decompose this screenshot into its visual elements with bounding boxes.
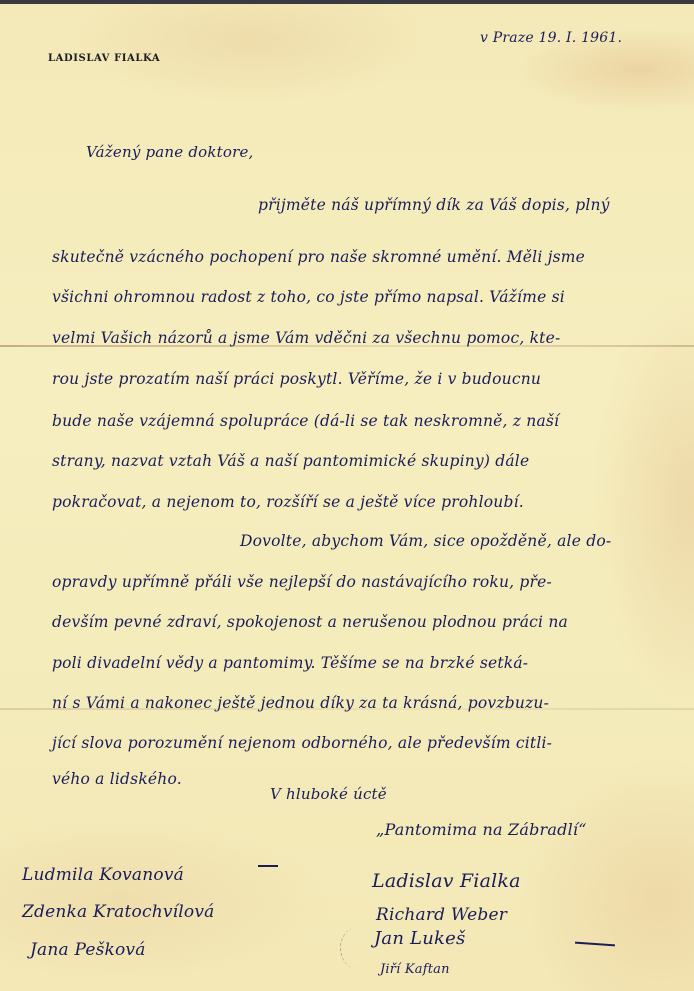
- body-line: ní s Vámi a nakonec ještě jednou díky za…: [52, 694, 549, 712]
- signature-flourish: [575, 942, 615, 947]
- signature: Zdenka Kratochvílová: [22, 902, 215, 922]
- signature: Ladislav Fialka: [372, 870, 521, 892]
- body-line: skutečně vzácného pochopení pro naše skr…: [52, 248, 585, 266]
- body-line: Dovolte, abychom Vám, sice opožděně, ale…: [240, 532, 611, 550]
- body-line: pokračovat, a nejenom to, rozšíří se a j…: [52, 493, 524, 511]
- closing: V hluboké úctě: [270, 785, 387, 803]
- body-line: velmi Vašich názorů a jsme Vám vděčni za…: [52, 329, 560, 347]
- letter-date: v Praze 19. I. 1961.: [480, 30, 622, 46]
- group-name: „Pantomima na Zábradlí“: [376, 820, 587, 839]
- signature: Jan Lukeš: [374, 928, 465, 949]
- pencil-mark: [340, 928, 371, 968]
- salutation: Vážený pane doktore,: [86, 143, 254, 161]
- letterhead-name: LADISLAV FIALKA: [48, 53, 160, 64]
- signature: Jana Pešková: [30, 940, 146, 960]
- signature: Ludmila Kovanová: [22, 865, 184, 885]
- body-line: všichni ohromnou radost z toho, co jste …: [52, 288, 565, 306]
- body-line: strany, nazvat vztah Váš a naší pantomim…: [52, 452, 529, 470]
- body-line: devším pevné zdraví, spokojenost a neruš…: [52, 613, 568, 631]
- scan-top-edge: [0, 0, 694, 4]
- signature: Jiří Kaftan: [380, 962, 450, 977]
- letter-page: LADISLAV FIALKA v Praze 19. I. 1961. Váž…: [0, 0, 694, 991]
- body-line: rou jste prozatím naší práci poskytl. Vě…: [52, 370, 541, 388]
- body-line: vého a lidského.: [52, 770, 182, 788]
- signature: Richard Weber: [376, 905, 507, 925]
- body-line: jící slova porozumění nejenom odborného,…: [52, 734, 552, 752]
- ink-stroke: [258, 865, 278, 867]
- body-line: přijměte náš upřímný dík za Váš dopis, p…: [258, 196, 610, 214]
- body-line: bude naše vzájemná spolupráce (dá-li se …: [52, 412, 559, 430]
- body-line: poli divadelní vědy a pantomimy. Těšíme …: [52, 654, 528, 672]
- body-line: opravdy upřímně přáli vše nejlepší do na…: [52, 573, 552, 591]
